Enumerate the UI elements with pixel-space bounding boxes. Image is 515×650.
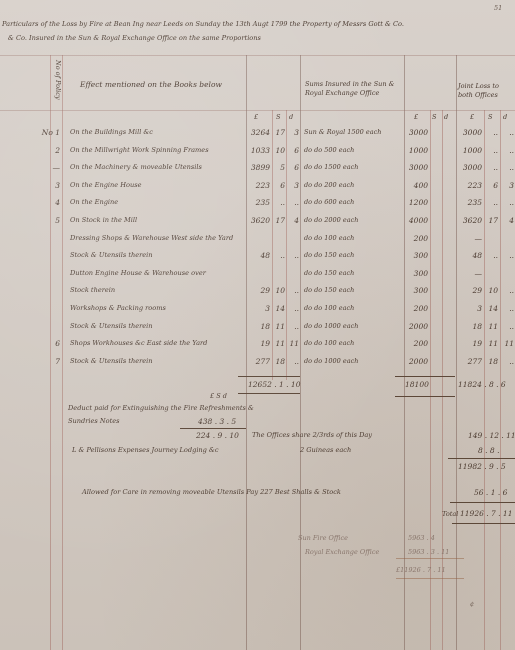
col-rule-loss-l bbox=[246, 55, 247, 650]
adjust-line-1: Deduct paid for Extinguishing the Fire R… bbox=[68, 404, 254, 413]
adjust-line-2: Sundries Notes bbox=[68, 417, 120, 426]
header-joint-loss: Joint Loss to both Offices bbox=[458, 82, 514, 100]
row-sum-insured: 2000 bbox=[404, 357, 428, 366]
row-joint-shillings: .. bbox=[484, 251, 498, 260]
header-rule-top bbox=[0, 55, 515, 56]
row-loss-pounds: 3264 bbox=[246, 128, 270, 137]
row-sum-insured: 4000 bbox=[404, 216, 428, 225]
row-number: 3 bbox=[40, 181, 60, 190]
row-loss-pounds: 3 bbox=[246, 304, 270, 313]
row-item: On the Machinery & moveable Utensils bbox=[70, 163, 202, 172]
row-loss-pounds: 3899 bbox=[246, 163, 270, 172]
subtotal-rule bbox=[448, 458, 515, 459]
row-loss-pounds: 29 bbox=[246, 286, 270, 295]
sums-shilling-header: S bbox=[432, 113, 436, 122]
row-item: On the Engine bbox=[70, 198, 118, 207]
row-insurance: do do 1500 each bbox=[304, 163, 358, 172]
row-item: On the Buildings Mill &c bbox=[70, 128, 153, 137]
col-rule-joint bbox=[456, 55, 457, 650]
footer-amount-1: 5963 . 4 bbox=[408, 534, 435, 543]
row-number: 7 bbox=[40, 357, 60, 366]
row-joint-pounds: 48 bbox=[456, 251, 482, 260]
row-joint-pounds: 1000 bbox=[456, 146, 482, 155]
row-joint-pence: 4 bbox=[500, 216, 514, 225]
row-loss-pence: 3 bbox=[286, 181, 299, 190]
row-joint-shillings: 11 bbox=[484, 322, 498, 331]
row-sum-insured: 400 bbox=[404, 181, 428, 190]
row-item: Stock therein bbox=[70, 286, 115, 295]
row-joint-shillings: 11 bbox=[484, 339, 498, 348]
row-sum-insured: 3000 bbox=[404, 128, 428, 137]
row-joint-pence: .. bbox=[500, 322, 514, 331]
row-loss-shillings: 14 bbox=[272, 304, 285, 313]
joint-total: 11824 . 8 . 6 bbox=[458, 380, 506, 389]
row-item: Workshops & Packing rooms bbox=[70, 304, 166, 313]
row-sum-insured: 3000 bbox=[404, 163, 428, 172]
row-insurance: do do 1000 each bbox=[304, 322, 358, 331]
row-loss-shillings: 17 bbox=[272, 216, 285, 225]
col-rule-sums bbox=[300, 55, 301, 650]
deduct-amount: 438 . 3 . 5 bbox=[198, 417, 236, 426]
row-joint-pounds: — bbox=[456, 269, 482, 278]
row-loss-pence: .. bbox=[286, 304, 299, 313]
row-number: 2 bbox=[40, 146, 60, 155]
row-joint-pence: .. bbox=[500, 286, 514, 295]
row-loss-shillings: 6 bbox=[272, 181, 285, 190]
expenses-line: L & Pellisons Expenses Journey Lodging &… bbox=[72, 446, 219, 455]
row-loss-pence: 3 bbox=[286, 128, 299, 137]
loss-total-rule bbox=[238, 376, 300, 377]
row-loss-shillings: .. bbox=[272, 251, 285, 260]
row-sum-insured: 300 bbox=[404, 269, 428, 278]
row-joint-pounds: 223 bbox=[456, 181, 482, 190]
loss-total: 12652 . 1 . 10 bbox=[248, 380, 300, 389]
row-joint-pounds: 19 bbox=[456, 339, 482, 348]
row-loss-pence: 11 bbox=[286, 339, 299, 348]
footer-rule-2 bbox=[396, 578, 464, 579]
sums-pence-header: d bbox=[444, 113, 448, 122]
row-item: Dutton Engine House & Warehouse over bbox=[70, 269, 206, 278]
header-sums-insured: Sums Insured in the Sun & Royal Exchange… bbox=[305, 80, 405, 98]
row-joint-pounds: 3620 bbox=[456, 216, 482, 225]
row-insurance: do do 100 each bbox=[304, 304, 354, 313]
row-number: — bbox=[40, 163, 60, 172]
expenses-guineas: 2 Guineas each bbox=[300, 446, 351, 455]
row-insurance: do do 1000 each bbox=[304, 357, 358, 366]
row-loss-pence: .. bbox=[286, 198, 299, 207]
row-joint-pence: .. bbox=[500, 163, 514, 172]
row-loss-pounds: 223 bbox=[246, 181, 270, 190]
row-item: On Stock in the Mill bbox=[70, 216, 137, 225]
row-sum-insured: 2000 bbox=[404, 322, 428, 331]
loss-pound-header: £ bbox=[254, 113, 258, 122]
row-loss-pounds: 3620 bbox=[246, 216, 270, 225]
row-loss-pounds: 19 bbox=[246, 339, 270, 348]
row-joint-pence: 3 bbox=[500, 181, 514, 190]
row-joint-pence: .. bbox=[500, 251, 514, 260]
footer-amount-2: 5963 . 3 . 11 bbox=[408, 548, 449, 557]
row-joint-pounds: 277 bbox=[456, 357, 482, 366]
row-joint-pounds: 235 bbox=[456, 198, 482, 207]
row-insurance: do do 150 each bbox=[304, 251, 354, 260]
office-share-text: The Offices share 2/3rds of this Day bbox=[252, 431, 372, 440]
row-joint-shillings: .. bbox=[484, 163, 498, 172]
header-no-of-policy: No of Policy bbox=[53, 60, 62, 100]
row-joint-pounds: 3000 bbox=[456, 163, 482, 172]
row-joint-pence: .. bbox=[500, 304, 514, 313]
footer-total: £11926 . 7 . 11 bbox=[396, 566, 446, 575]
sums-total-underline bbox=[395, 396, 455, 397]
row-sum-insured: 1000 bbox=[404, 146, 428, 155]
allowance-text: Allowed for Care in removing moveable Ut… bbox=[82, 488, 341, 497]
subtotal: 11982 . 9 . 5 bbox=[458, 462, 506, 471]
row-joint-shillings: 17 bbox=[484, 216, 498, 225]
sums-total: 18100 bbox=[405, 380, 429, 389]
row-loss-pence: .. bbox=[286, 286, 299, 295]
final-rule-bottom bbox=[452, 523, 515, 524]
row-loss-pounds: 18 bbox=[246, 322, 270, 331]
office-share-amount: 149 . 12 . 11 bbox=[468, 431, 515, 440]
row-item: Stock & Utensils therein bbox=[70, 322, 153, 331]
row-loss-pence: 6 bbox=[286, 163, 299, 172]
row-joint-shillings: .. bbox=[484, 146, 498, 155]
row-insurance: do do 500 each bbox=[304, 146, 354, 155]
allowance-amount: 56 . 1 . 6 bbox=[474, 488, 507, 497]
loss-total-underline bbox=[238, 393, 300, 394]
ledger-page: 51 Particulars of the Loss by Fire at Be… bbox=[0, 0, 515, 650]
adjust-lsd-header: £ S d bbox=[210, 392, 227, 401]
row-insurance: do do 200 each bbox=[304, 181, 354, 190]
row-loss-shillings: 10 bbox=[272, 286, 285, 295]
margin-rule-left bbox=[50, 55, 51, 650]
header-items: Effect mentioned on the Books below bbox=[80, 80, 222, 89]
row-item: On the Millwright Work Spinning Frames bbox=[70, 146, 209, 155]
row-sum-insured: 200 bbox=[404, 234, 428, 243]
joint-pound-header: £ bbox=[470, 113, 474, 122]
margin-rule-item bbox=[62, 55, 63, 650]
page-number: 51 bbox=[494, 4, 502, 13]
sums-total-rule bbox=[395, 376, 455, 377]
footer-royal-office: Royal Exchange Office bbox=[305, 548, 379, 557]
row-item: Stock & Utensils therein bbox=[70, 251, 153, 260]
row-sum-insured: 200 bbox=[404, 304, 428, 313]
deduct-result: 224 . 9 . 10 bbox=[196, 431, 239, 440]
row-joint-pence: .. bbox=[500, 357, 514, 366]
footer-sun-office: Sun Fire Office bbox=[298, 534, 348, 543]
row-number: No 1 bbox=[40, 128, 60, 137]
row-loss-shillings: 10 bbox=[272, 146, 285, 155]
row-loss-pence: .. bbox=[286, 251, 299, 260]
final-rule-top bbox=[450, 502, 515, 503]
row-loss-pence: 4 bbox=[286, 216, 299, 225]
loss-pence-header: d bbox=[289, 113, 293, 122]
row-loss-pounds: 1033 bbox=[246, 146, 270, 155]
row-joint-pence: 11 bbox=[500, 339, 514, 348]
row-joint-pounds: 29 bbox=[456, 286, 482, 295]
row-joint-shillings: 14 bbox=[484, 304, 498, 313]
heading-line-1: Particulars of the Loss by Fire at Bean … bbox=[2, 20, 404, 29]
row-sum-insured: 300 bbox=[404, 286, 428, 295]
row-loss-pence: .. bbox=[286, 322, 299, 331]
row-insurance: do do 150 each bbox=[304, 269, 354, 278]
row-insurance: do do 600 each bbox=[304, 198, 354, 207]
deduct-rule bbox=[180, 428, 246, 429]
row-joint-shillings: 18 bbox=[484, 357, 498, 366]
row-insurance: do do 150 each bbox=[304, 286, 354, 295]
row-loss-pounds: 277 bbox=[246, 357, 270, 366]
row-sum-insured: 200 bbox=[404, 339, 428, 348]
header-rule-bottom bbox=[0, 110, 515, 111]
row-joint-pence: .. bbox=[500, 198, 514, 207]
expenses-amount: 8 . 8 . bbox=[478, 446, 499, 455]
row-loss-shillings: 5 bbox=[272, 163, 285, 172]
row-insurance: Sun & Royal 1500 each bbox=[304, 128, 381, 137]
pencil-mark: ¢ bbox=[470, 600, 474, 609]
row-joint-shillings: 10 bbox=[484, 286, 498, 295]
row-sum-insured: 1200 bbox=[404, 198, 428, 207]
row-sum-insured: 300 bbox=[404, 251, 428, 260]
row-insurance: do do 100 each bbox=[304, 234, 354, 243]
row-number: 6 bbox=[40, 339, 60, 348]
heading-line-2: & Co. Insured in the Sun & Royal Exchang… bbox=[8, 34, 261, 43]
row-joint-pounds: 3 bbox=[456, 304, 482, 313]
joint-shilling-header: S bbox=[488, 113, 492, 122]
row-loss-shillings: 18 bbox=[272, 357, 285, 366]
loss-shilling-header: S bbox=[276, 113, 280, 122]
col-rule-sums-l bbox=[404, 55, 405, 650]
final-label: Total bbox=[442, 510, 458, 519]
row-insurance: do do 100 each bbox=[304, 339, 354, 348]
row-joint-pounds: 3000 bbox=[456, 128, 482, 137]
row-joint-pence: .. bbox=[500, 146, 514, 155]
row-loss-pence: 6 bbox=[286, 146, 299, 155]
row-loss-pounds: 48 bbox=[246, 251, 270, 260]
footer-rule-1 bbox=[396, 558, 464, 559]
row-item: On the Engine House bbox=[70, 181, 142, 190]
joint-pence-header: d bbox=[503, 113, 507, 122]
row-item: Stock & Utensils therein bbox=[70, 357, 153, 366]
row-loss-pounds: 235 bbox=[246, 198, 270, 207]
row-joint-pence: .. bbox=[500, 128, 514, 137]
row-joint-shillings: .. bbox=[484, 198, 498, 207]
row-loss-shillings: .. bbox=[272, 198, 285, 207]
row-joint-pounds: 18 bbox=[456, 322, 482, 331]
row-loss-pence: .. bbox=[286, 357, 299, 366]
row-loss-shillings: 11 bbox=[272, 339, 285, 348]
row-joint-shillings: .. bbox=[484, 128, 498, 137]
row-insurance: do do 2000 each bbox=[304, 216, 358, 225]
row-loss-shillings: 17 bbox=[272, 128, 285, 137]
final-total: 11926 . 7 . 11 bbox=[460, 509, 512, 518]
row-joint-shillings: 6 bbox=[484, 181, 498, 190]
row-loss-shillings: 11 bbox=[272, 322, 285, 331]
row-joint-pounds: — bbox=[456, 234, 482, 243]
row-item: Dressing Shops & Warehouse West side the… bbox=[70, 234, 233, 243]
row-item: Shops Workhouses &c East side the Yard bbox=[70, 339, 207, 348]
sums-pound-header: £ bbox=[414, 113, 418, 122]
row-number: 4 bbox=[40, 198, 60, 207]
row-number: 5 bbox=[40, 216, 60, 225]
